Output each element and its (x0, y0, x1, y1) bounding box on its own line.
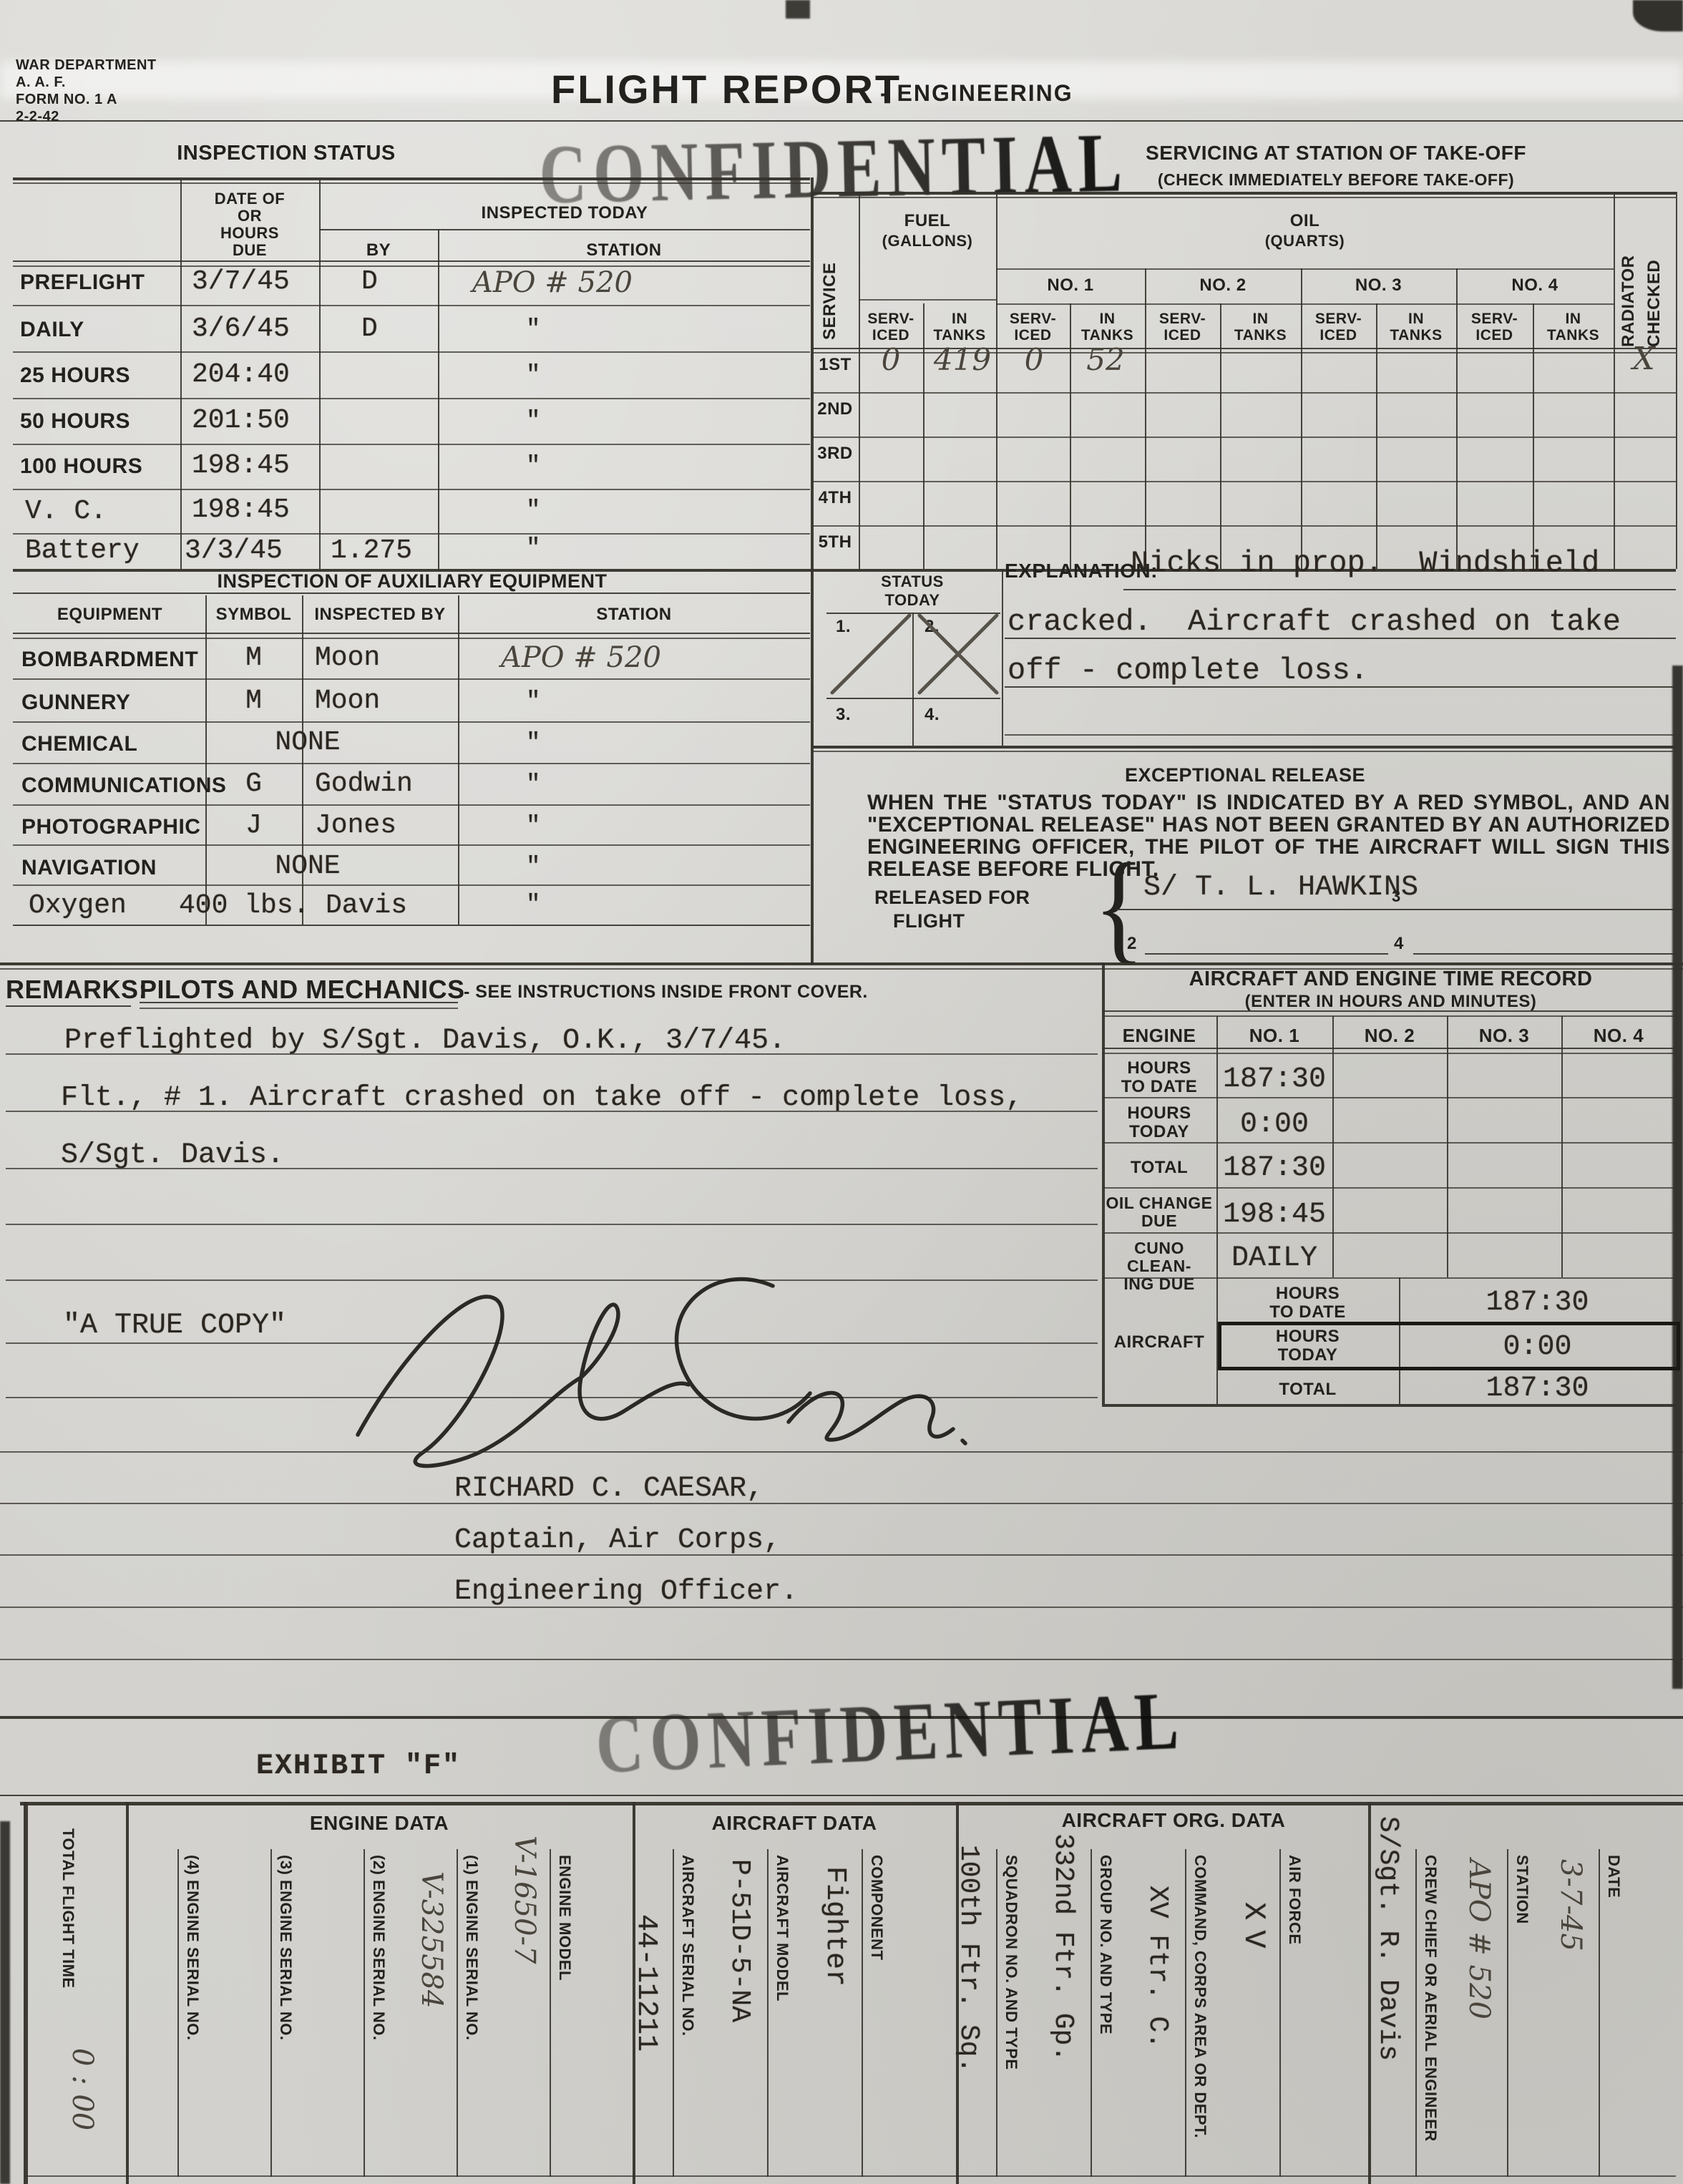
radiator-checked-value: X (1626, 341, 1662, 377)
rule (1102, 1232, 1676, 1234)
fuel-intanks-value: 419 (930, 342, 995, 377)
oil-col-header: NO. 1 (996, 276, 1145, 296)
in-l2: TANKS (1376, 327, 1456, 343)
serviced-header: SERV-ICED (1456, 311, 1533, 343)
rule (140, 1008, 458, 1009)
bottom-date-label: DATE (1604, 1855, 1623, 2173)
engine-header: ENGINE (1102, 1025, 1216, 1047)
by-value: D (361, 266, 378, 297)
rule (996, 268, 1614, 270)
rule (859, 299, 996, 301)
due-value: 3/7/45 (192, 266, 290, 297)
aux-station-ditto: " (526, 730, 540, 757)
row-label: 100 HOURS (20, 454, 142, 479)
aux-inspectedby-header: INSPECTED BY (302, 605, 458, 625)
agency-branch: A. A. F. (16, 74, 66, 91)
rule (1002, 569, 1003, 746)
aux-inspectedby: Jones (315, 810, 396, 841)
command-label: COMMAND, CORPS AREA OR DEPT. (1191, 1855, 1209, 2173)
l1: TOTAL (1102, 1158, 1216, 1178)
oil1-intanks-value: 52 (1080, 342, 1131, 377)
intanks-header: INTANKS (1220, 311, 1301, 343)
aux-equipment: NAVIGATION (21, 856, 157, 880)
confidential-stamp: CONFIDENTIAL (594, 1673, 1186, 1793)
due-value: 198:45 (192, 494, 290, 525)
aux-equipment-header: EQUIPMENT (14, 605, 205, 625)
aircraft-row-label: TOTAL (1216, 1380, 1399, 1400)
serviced-l1: SERV- (1145, 311, 1220, 327)
scan-artifact (1633, 0, 1683, 31)
rule (6, 1224, 1098, 1225)
release-line3-number: 3 (1392, 887, 1401, 906)
rule (1102, 1015, 1676, 1017)
remarks-bold: PILOTS AND MECHANICS (140, 975, 465, 1005)
rule (812, 751, 1676, 752)
rule (1415, 1849, 1417, 2177)
total-flight-time-label: TOTAL FLIGHT TIME (59, 1828, 77, 2072)
engine-col: NO. 1 (1216, 1025, 1332, 1047)
l1: HOURS (1216, 1284, 1399, 1303)
rule (996, 1849, 997, 2177)
rule (457, 1849, 458, 2177)
form-number: FORM NO. 1 A (16, 92, 117, 108)
due-value: 3/3/45 (185, 535, 283, 566)
rule (177, 1849, 179, 2177)
release-body: WHEN THE "STATUS TODAY" IS INDICATED BY … (867, 791, 1670, 880)
aircraft-model-label: AIRCRAFT MODEL (773, 1855, 791, 2173)
station-header: STATION (438, 240, 810, 260)
by-value: D (361, 313, 378, 344)
rule (458, 595, 459, 925)
time-row-label: OIL CHANGEDUE (1102, 1194, 1216, 1230)
remarks-note: - SEE INSTRUCTIONS INSIDE FRONT COVER. (464, 982, 868, 1003)
air-force-value: XV (1236, 1902, 1271, 2117)
rule (13, 633, 810, 634)
service-row-label: 2ND (814, 399, 856, 419)
page-title: FLIGHT REPORT (551, 66, 902, 112)
due-value: 204:40 (192, 359, 290, 390)
in-l2: TANKS (1220, 327, 1301, 343)
station-ditto: " (526, 362, 540, 389)
rule (24, 1802, 28, 2184)
aircraft-row-value: 187:30 (1399, 1287, 1676, 1319)
rule (1091, 1849, 1092, 2177)
rule (862, 1849, 863, 2177)
rule (812, 197, 1676, 198)
rule (13, 804, 810, 806)
total-flight-time-value: 0 : 00 (66, 2048, 99, 2184)
rule (13, 398, 810, 399)
rule (1102, 1142, 1676, 1144)
remarks-line: Flt., # 1. Aircraft crashed on take off … (61, 1082, 1023, 1114)
rule (996, 303, 1614, 305)
station-ditto: " (526, 316, 540, 343)
time-row-value: 0:00 (1216, 1108, 1332, 1141)
rule (1185, 1849, 1186, 2177)
org-data-title: AIRCRAFT ORG. DATA (1023, 1809, 1324, 1832)
rule (319, 229, 810, 230)
serviced-header: SERV-ICED (859, 311, 923, 343)
rule (996, 195, 997, 569)
l1: HOURS (1216, 1327, 1399, 1346)
in-l1: IN (1070, 311, 1145, 327)
rule (812, 392, 1676, 394)
inspected-today-header: INSPECTED TODAY (319, 203, 810, 223)
time-row-label: HOURSTO DATE (1102, 1059, 1216, 1096)
service-row-label: 3RD (814, 444, 856, 464)
time-row-value: 187:30 (1216, 1063, 1332, 1096)
aux-station-ditto: " (526, 771, 540, 799)
serviced-l2: ICED (1145, 327, 1220, 343)
time-row-label: TOTAL (1102, 1158, 1216, 1178)
servicing-title: SERVICING AT STATION OF TAKE-OFF (996, 142, 1676, 165)
due-header-line: DATE OF (180, 190, 319, 208)
oil-col-header: NO. 3 (1301, 276, 1456, 296)
l1: HOURS (1102, 1059, 1216, 1078)
oil1-serviced-value: 0 (1009, 342, 1059, 377)
rule (812, 481, 1676, 482)
rule (0, 1795, 1683, 1796)
fuel-unit: (GALLONS) (859, 232, 996, 250)
rule (1614, 195, 1615, 569)
time-record-subtitle: (ENTER IN HOURS AND MINUTES) (1106, 992, 1676, 1012)
engine-model-value: V-1650-7 (508, 1836, 541, 2143)
l2: TODAY (1102, 1123, 1216, 1141)
rule (13, 533, 810, 535)
scan-artifact (0, 1821, 10, 2184)
released-for-flight-label: RELEASED FOR FLIGHT (874, 886, 1030, 933)
rule (13, 444, 810, 445)
squadron-value: 100th Ftr. Sq. (953, 1845, 984, 2160)
l1: CUNO CLEAN- (1102, 1239, 1216, 1275)
aux-equipment: BOMBARDMENT (21, 648, 198, 672)
fuel-serviced-value: 0 (866, 342, 916, 377)
aircraft-serial-label: AIRCRAFT SERIAL NO. (678, 1855, 697, 2173)
command-value: XV Ftr. C. (1142, 1886, 1173, 2184)
aux-inspectedby: Moon (315, 686, 380, 716)
row-label: DAILY (20, 318, 84, 342)
station-ditto: " (526, 453, 540, 480)
rule (767, 1849, 769, 2177)
station-ditto: " (526, 535, 540, 562)
remarks-line: Preflighted by S/Sgt. Davis, O.K., 3/7/4… (64, 1025, 786, 1057)
rule (13, 593, 810, 594)
aircraft-label: AIRCRAFT (1102, 1332, 1216, 1352)
fuel-header: FUEL (859, 211, 996, 231)
bottom-station-label: STATION (1513, 1855, 1531, 2173)
brace-icon: { (1093, 836, 1145, 978)
rule (6, 1005, 131, 1007)
engine-col: NO. 2 (1332, 1025, 1447, 1047)
radiator-header2: CHECKED (1644, 204, 1664, 347)
rule (812, 192, 1676, 195)
form-date: 2-2-42 (16, 109, 59, 125)
engine-data-title: ENGINE DATA (272, 1812, 487, 1835)
rule (1507, 1849, 1508, 2177)
aircraft-row-label: HOURSTODAY (1216, 1327, 1399, 1365)
group-value: 332nd Ftr. Gp. (1048, 1833, 1078, 2148)
aux-title: INSPECTION OF AUXILIARY EQUIPMENT (14, 570, 810, 593)
rule (0, 1554, 1683, 1556)
service-row-label: 5TH (814, 532, 856, 552)
status-today-title: STATUS TODAY (826, 572, 998, 610)
aux-equipment: GUNNERY (21, 691, 130, 715)
aux-station-ditto: " (526, 854, 540, 881)
rule (812, 746, 1676, 749)
due-header: DATE OF OR HOURS DUE (180, 190, 319, 259)
engine-col: NO. 4 (1561, 1025, 1676, 1047)
rule (1102, 1404, 1676, 1407)
explanation-line: Nicks in prop. Windshield (1131, 546, 1599, 580)
bottom-station-value: APO # 520 (1463, 1859, 1496, 2167)
serviced-l2: ICED (859, 327, 923, 343)
rule (13, 638, 810, 639)
aux-station-ditto: " (526, 892, 540, 919)
l2: TO DATE (1102, 1078, 1216, 1096)
explanation-line: off - complete loss. (1008, 653, 1368, 688)
in-l1: IN (1220, 311, 1301, 327)
aux-station-ditto: " (526, 688, 540, 716)
row-label: 25 HOURS (20, 364, 130, 388)
remarks-label: REMARKS: (6, 975, 147, 1005)
rule (1599, 1849, 1600, 2177)
l1: TOTAL (1216, 1380, 1399, 1400)
service-row-label: 1ST (814, 355, 856, 375)
rule (1102, 1048, 1676, 1049)
aux-symbol: J (205, 810, 302, 841)
status-today-l2: TODAY (826, 591, 998, 610)
aircraft-data-title: AIRCRAFT DATA (680, 1812, 909, 1835)
agency-name: WAR DEPARTMENT (16, 57, 157, 74)
aux-symbol-header: SYMBOL (205, 605, 302, 625)
serviced-l2: ICED (1456, 327, 1533, 343)
engine-serial-4-label: (4) ENGINE SERIAL NO. (183, 1855, 202, 2173)
time-row-value: 187:30 (1216, 1152, 1332, 1184)
rule (13, 763, 810, 764)
release-signature: S/ T. L. HAWKINS (1143, 872, 1418, 904)
time-row-value: DAILY (1216, 1242, 1332, 1274)
released-l2: FLIGHT (893, 910, 1030, 933)
status-quadrant-4: 4. (925, 705, 940, 725)
time-row-value: 198:45 (1216, 1199, 1332, 1231)
officer-title: Engineering Officer. (454, 1576, 798, 1608)
rule (13, 265, 810, 267)
serviced-l2: ICED (996, 327, 1070, 343)
aux-equipment: CHEMICAL (21, 732, 137, 756)
rule (13, 182, 810, 184)
status-marks (826, 613, 1000, 698)
rule (6, 1111, 1098, 1112)
rule (1145, 268, 1146, 569)
page-title-suffix: - ENGINEERING (880, 80, 1073, 107)
aux-none: NONE (215, 727, 401, 758)
servicing-subtitle: (CHECK IMMEDIATELY BEFORE TAKE-OFF) (996, 170, 1676, 190)
l1: OIL CHANGE (1102, 1194, 1216, 1212)
rule (1368, 1802, 1371, 2184)
rule (0, 1451, 1683, 1453)
aux-inspectedby: Godwin (315, 769, 413, 799)
due-value: 3/6/45 (192, 313, 290, 344)
aux-inspectedby: Moon (315, 643, 380, 673)
rule (1413, 953, 1676, 955)
due-header-line: HOURS (180, 225, 319, 242)
rule (0, 1607, 1683, 1608)
aux-station-header: STATION (458, 605, 810, 625)
intanks-header: INTANKS (1533, 311, 1614, 343)
engine-serial-1-value: V-325584 (415, 1871, 448, 2179)
exhibit-label: EXHIBIT "F" (256, 1750, 461, 1783)
air-force-label: AIR FORCE (1285, 1855, 1304, 2173)
aux-equipment: COMMUNICATIONS (21, 774, 226, 798)
in-l2: TANKS (1533, 327, 1614, 343)
rule (1005, 638, 1676, 639)
rule (13, 489, 810, 490)
in-l1: IN (923, 311, 996, 327)
rule (0, 962, 1683, 965)
scan-artifact (786, 0, 810, 19)
rule (140, 1002, 458, 1003)
rule (1145, 953, 1388, 955)
l2: TO DATE (1216, 1303, 1399, 1322)
rule (25, 2175, 1676, 2177)
rule (13, 177, 810, 180)
rule (1301, 268, 1302, 569)
rule (859, 195, 860, 569)
rule (1116, 909, 1676, 910)
engine-col: NO. 3 (1447, 1025, 1561, 1047)
rule (1102, 1187, 1676, 1189)
in-l1: IN (1533, 311, 1614, 327)
crew-chief-label: CREW CHIEF OR AERIAL ENGINEER (1421, 1855, 1440, 2173)
oil-unit: (QUARTS) (996, 232, 1614, 250)
engine-serial-3-label: (3) ENGINE SERIAL NO. (276, 1855, 295, 2173)
row-label: 50 HOURS (20, 409, 130, 434)
aircraft-row-value: 0:00 (1399, 1331, 1676, 1363)
rule (1561, 1016, 1563, 1277)
rule (364, 1849, 365, 2177)
released-l1: RELEASED FOR (874, 886, 1030, 910)
scan-artifact (1672, 666, 1683, 1689)
rule (673, 1849, 674, 2177)
aux-symbol: 400 lbs. (179, 890, 309, 921)
l2: DUE (1102, 1212, 1216, 1230)
row-label: V. C. (25, 496, 107, 527)
row-label: Battery (25, 535, 140, 566)
explanation-line: cracked. Aircraft crashed on take (1008, 605, 1621, 639)
rule (1676, 192, 1677, 569)
true-copy: "A TRUE COPY" (63, 1310, 286, 1342)
time-row-label: HOURSTODAY (1102, 1104, 1216, 1141)
due-header-line: OR (180, 208, 319, 225)
rule (812, 525, 1676, 527)
engine-serial-1-label: (1) ENGINE SERIAL NO. (462, 1855, 481, 2173)
rule (1123, 589, 1676, 590)
serviced-l1: SERV- (1301, 311, 1376, 327)
serviced-header: SERV-ICED (1301, 311, 1376, 343)
station-ditto: " (526, 497, 540, 525)
l1: HOURS (1102, 1104, 1216, 1123)
station-ditto: " (526, 408, 540, 435)
officer-name: RICHARD C. CAESAR, (454, 1473, 764, 1505)
rule (13, 844, 810, 846)
squadron-label: SQUADRON NO. AND TYPE (1002, 1855, 1020, 2173)
radiator-header: RADIATOR (1619, 204, 1639, 347)
in-l2: TANKS (923, 327, 996, 343)
rule (13, 260, 810, 262)
group-label: GROUP NO. AND TYPE (1096, 1855, 1115, 2173)
aux-station: APO # 520 (501, 641, 661, 674)
in-l2: TANKS (1070, 327, 1145, 343)
rule (1102, 1277, 1676, 1279)
serviced-header: SERV-ICED (996, 311, 1070, 343)
component-label: COMPONENT (867, 1855, 886, 2173)
aircraft-model-value: P-51D-5-NA (724, 1859, 755, 2174)
in-l1: IN (1376, 311, 1456, 327)
rule (6, 1168, 1098, 1169)
intanks-header: INTANKS (1376, 311, 1456, 343)
bottom-date-value: 3-7-45 (1554, 1859, 1587, 2167)
time-row-label: CUNO CLEAN-ING DUE (1102, 1239, 1216, 1293)
rule (319, 180, 321, 569)
remarks-line: S/Sgt. Davis. (61, 1139, 284, 1171)
row-label: PREFLIGHT (20, 270, 145, 295)
rule (13, 305, 810, 306)
rule (20, 1802, 1683, 1805)
status-quadrant-3: 3. (836, 705, 851, 725)
due-value: 198:45 (192, 450, 290, 481)
caesar-signature (315, 1256, 973, 1492)
rule (1332, 1016, 1334, 1277)
release-line2-number: 2 (1127, 934, 1137, 954)
officer-rank: Captain, Air Corps, (454, 1524, 781, 1556)
service-header: SERVICE (820, 211, 840, 340)
service-row-label: 4TH (814, 488, 856, 508)
status-today-l1: STATUS (826, 572, 998, 591)
rule (13, 721, 810, 723)
by-header: BY (319, 240, 438, 260)
inspection-status-title: INSPECTION STATUS (107, 142, 465, 165)
by-value: 1.275 (331, 535, 412, 566)
intanks-header: INTANKS (1070, 311, 1145, 343)
rule (1456, 268, 1458, 569)
rule (1447, 1016, 1448, 1277)
aux-symbol: M (205, 686, 302, 716)
rule (13, 351, 810, 353)
rule (438, 229, 439, 569)
aux-equipment: Oxygen (29, 890, 127, 921)
rule (812, 437, 1676, 438)
serviced-header: SERV-ICED (1145, 311, 1220, 343)
station-value: APO # 520 (472, 266, 633, 299)
due-header-line: DUE (180, 242, 319, 259)
flight-report-form: WAR DEPARTMENT A. A. F. FORM NO. 1 A 2-2… (0, 0, 1683, 2184)
aux-none: NONE (215, 851, 401, 882)
aux-inspectedby: Davis (326, 890, 407, 921)
serviced-l1: SERV- (1456, 311, 1533, 327)
release-line4-number: 4 (1394, 934, 1404, 954)
aux-symbol: M (205, 643, 302, 673)
crew-chief-value: S/Sgt. R. Davis (1372, 1816, 1403, 2153)
rule (270, 1849, 272, 2177)
serviced-l2: ICED (1301, 327, 1376, 343)
time-record-title: AIRCRAFT AND ENGINE TIME RECORD (1106, 967, 1676, 991)
rule (1005, 734, 1676, 736)
rule (126, 1802, 129, 2184)
aircraft-row-label: HOURSTO DATE (1216, 1284, 1399, 1322)
engine-model-label: ENGINE MODEL (555, 1855, 574, 2173)
serviced-l1: SERV- (996, 311, 1070, 327)
aircraft-row-value: 187:30 (1399, 1373, 1676, 1405)
